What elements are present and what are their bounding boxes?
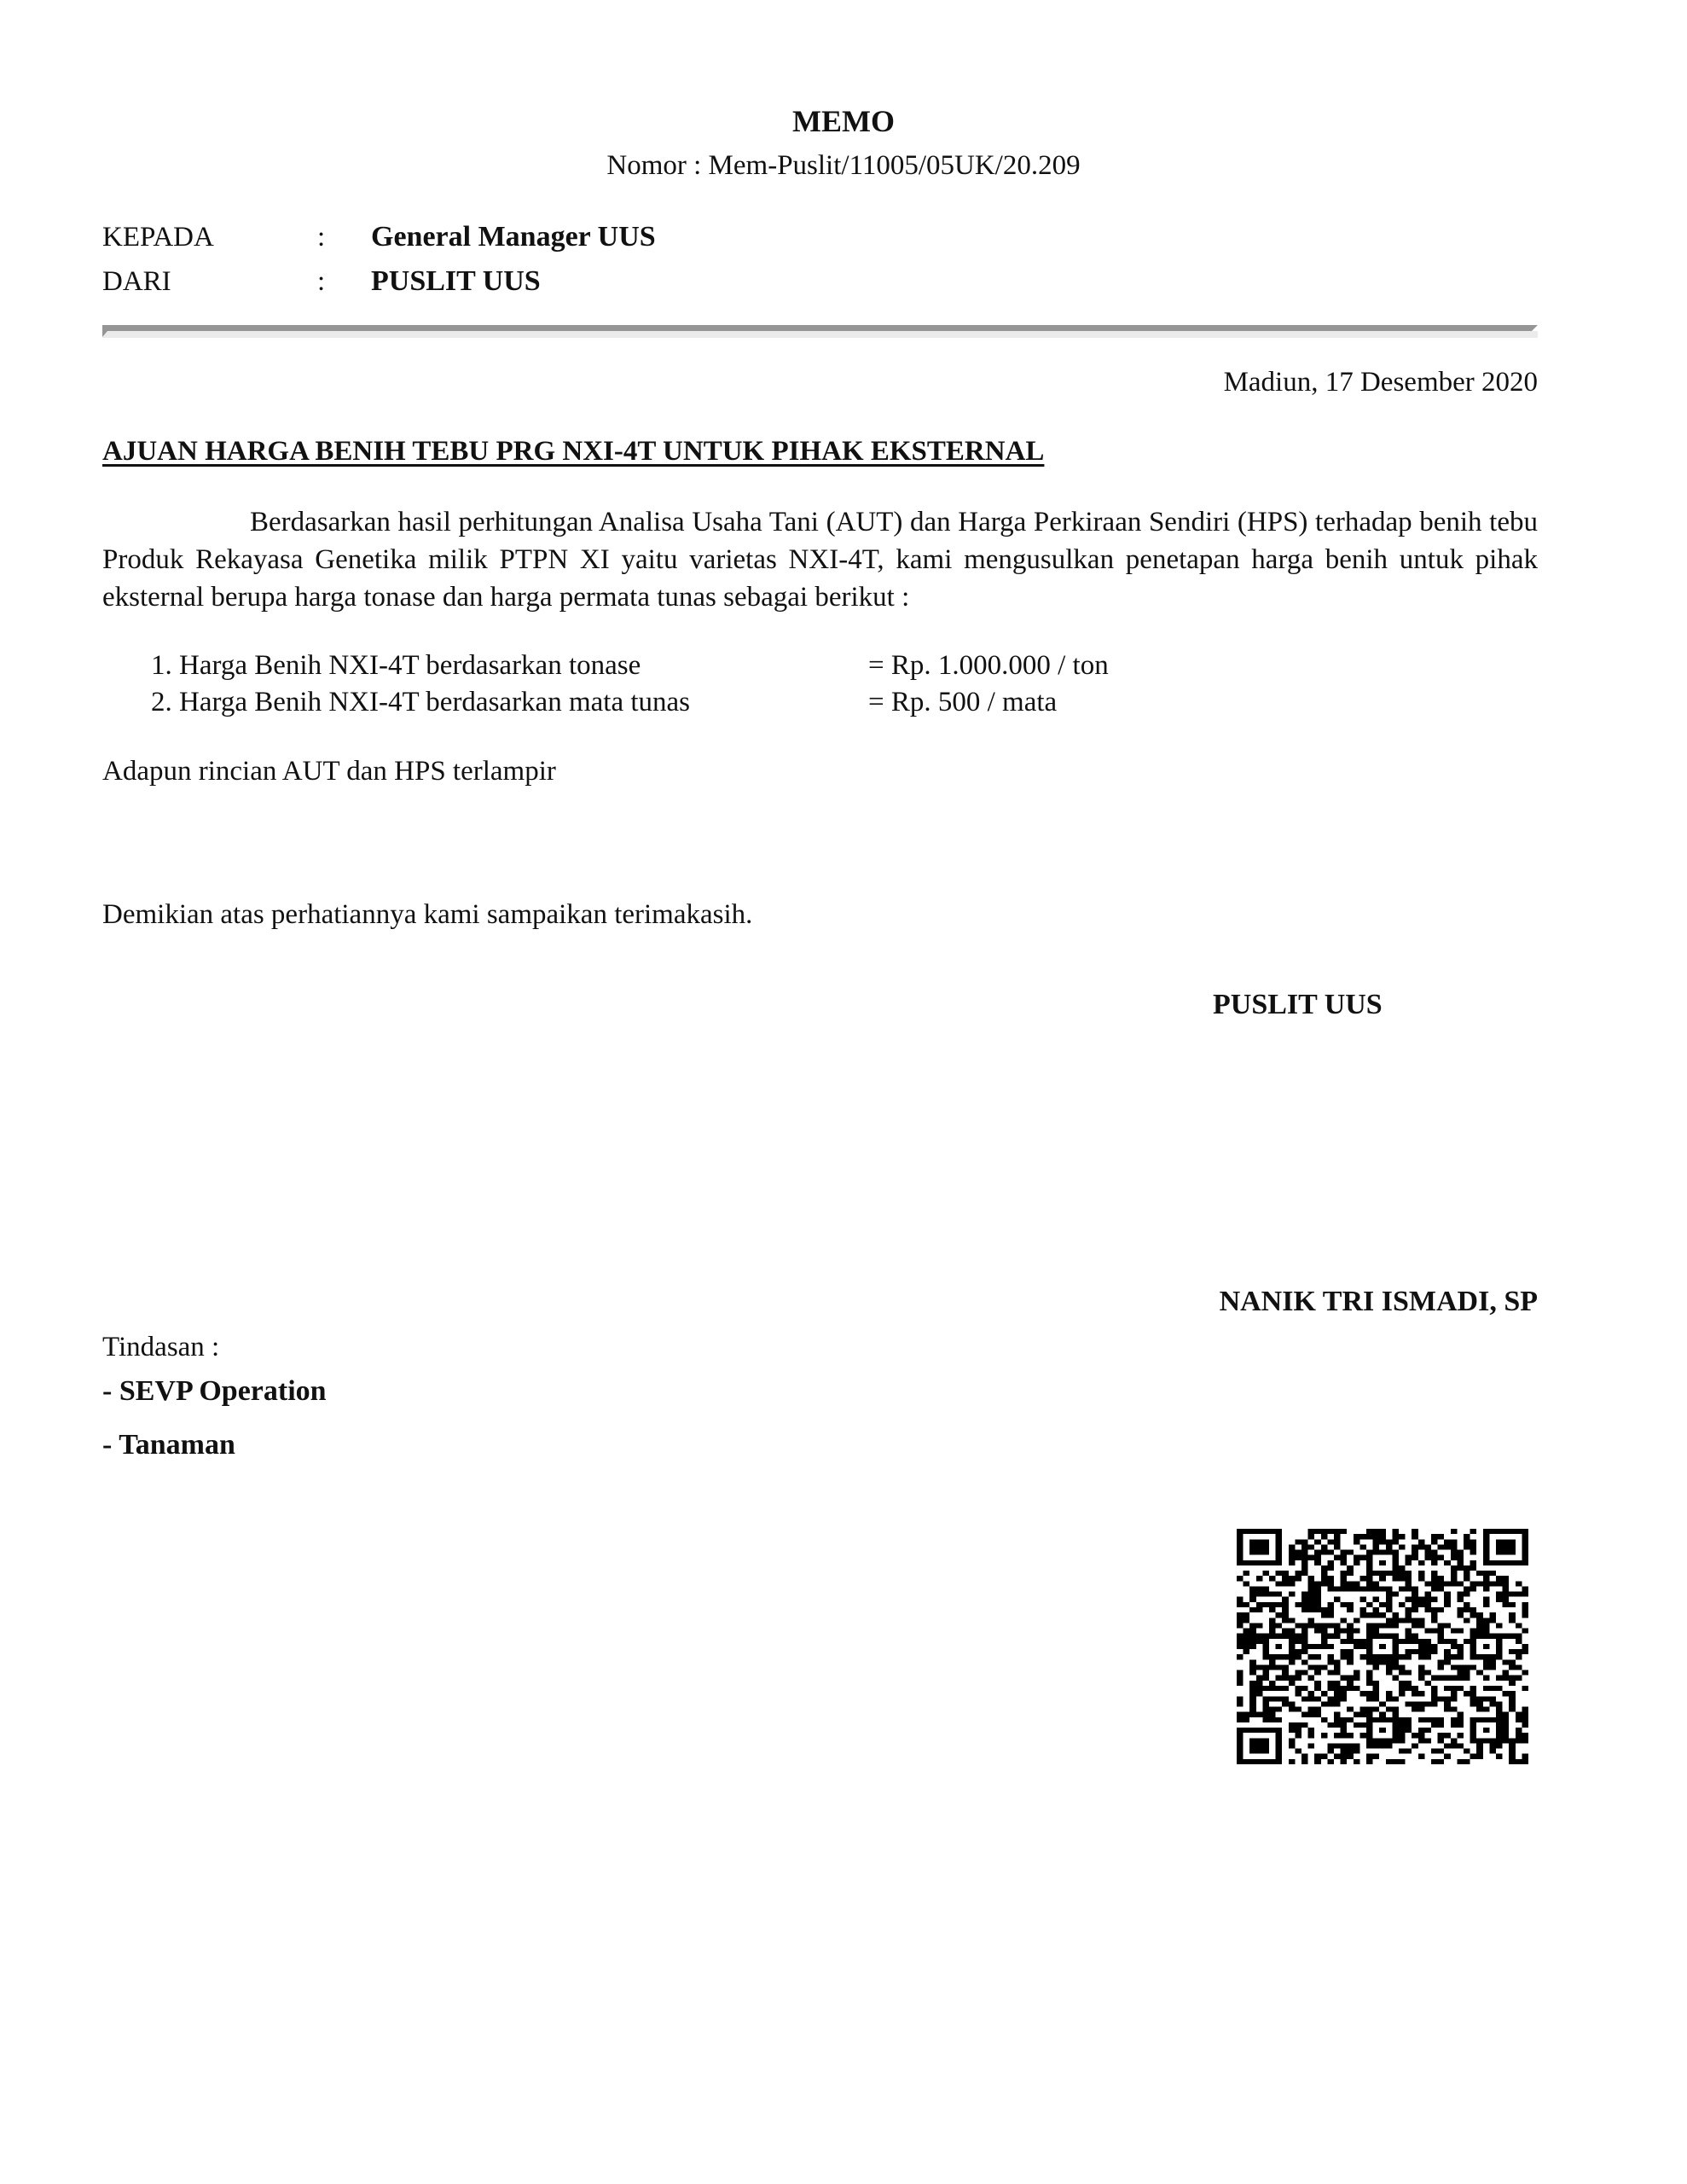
closing-statement: Demikian atas perhatiannya kami sampaika…	[102, 897, 752, 932]
carbon-copy-label: Tindasan :	[102, 1330, 219, 1364]
signatory-name: NANIK TRI ISMADI, SP	[1220, 1285, 1538, 1319]
sender-value: PUSLIT UUS	[371, 264, 541, 299]
price-item-value: = Rp. 1.000.000 / ton	[868, 648, 1109, 682]
signature-organization: PUSLIT UUS	[1213, 988, 1383, 1022]
divider-shadow	[102, 331, 1538, 338]
recipient-label: KEPADA	[102, 220, 214, 254]
price-item-label: 2. Harga Benih NXI-4T berdasarkan mata t…	[151, 685, 690, 719]
carbon-copy-recipient: - Tanaman	[102, 1428, 235, 1462]
attachment-note: Adapun rincian AUT dan HPS terlampir	[102, 754, 556, 788]
body-paragraph: Berdasarkan hasil perhitungan Analisa Us…	[102, 503, 1538, 616]
memo-page: MEMO Nomor : Mem-Puslit/11005/05UK/20.20…	[0, 0, 1687, 2184]
recipient-separator: :	[317, 220, 325, 254]
price-item-value: = Rp. 500 / mata	[868, 685, 1057, 719]
memo-number: Nomor : Mem-Puslit/11005/05UK/20.209	[0, 147, 1687, 184]
recipient-value: General Manager UUS	[371, 220, 656, 254]
subject-heading: AJUAN HARGA BENIH TEBU PRG NXI-4T UNTUK …	[102, 434, 1044, 468]
carbon-copy-recipient: - SEVP Operation	[102, 1374, 327, 1409]
divider-bar	[102, 325, 1538, 331]
price-item-label: 1. Harga Benih NXI-4T berdasarkan tonase	[151, 648, 641, 682]
date-line: Madiun, 17 Desember 2020	[1224, 365, 1538, 399]
sender-label: DARI	[102, 264, 171, 299]
sender-separator: :	[317, 264, 325, 299]
header-divider	[102, 325, 1538, 339]
memo-title: MEMO	[0, 102, 1687, 140]
qr-code-icon	[1237, 1529, 1528, 1764]
